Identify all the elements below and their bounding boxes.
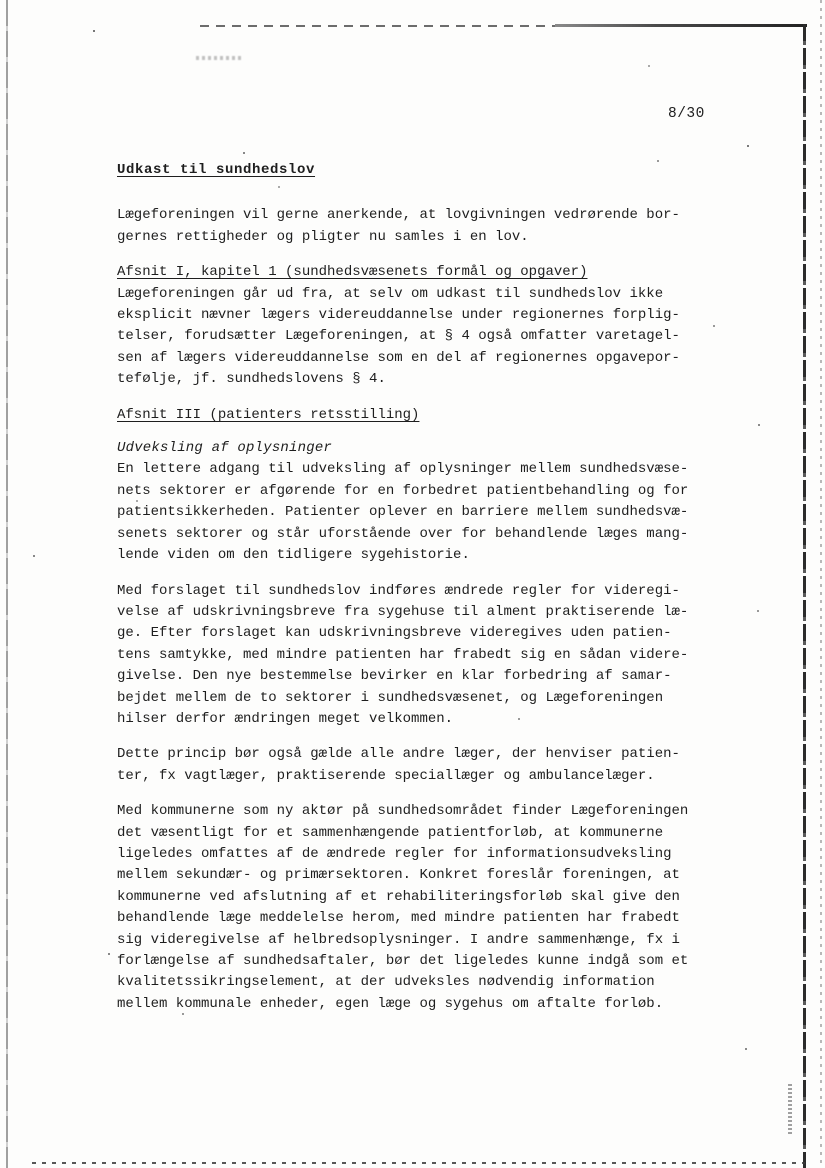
scanned-document-page: 8/30 Udkast til sundhedslov Lægeforening… — [0, 0, 825, 1168]
scan-artifact-right-dotted-line — [820, 0, 822, 1168]
paragraph-udveksling-2: Med forslaget til sundhedslov indføres æ… — [117, 581, 737, 731]
section-afsnit-1-body: Lægeforeningen går ud fra, at selv om ud… — [117, 284, 737, 391]
scan-artifact-top-solid-line — [555, 24, 807, 27]
paragraph-udveksling-3: Dette princip bør også gælde alle andre … — [117, 744, 737, 787]
scan-artifact-right-edge-line — [803, 24, 806, 1168]
document-title: Udkast til sundhedslov — [117, 160, 737, 181]
scan-artifact-specks — [93, 30, 95, 32]
scan-artifact-top-dashed-line — [200, 25, 570, 27]
section-heading-afsnit-1: Afsnit I, kapitel 1 (sundhedsvæsenets fo… — [117, 262, 737, 283]
section-afsnit-1: Afsnit I, kapitel 1 (sundhedsvæsenets fo… — [117, 262, 737, 390]
scan-artifact-left-edge-line — [6, 0, 8, 1168]
paragraph-udveksling-4: Med kommunerne som ny aktør på sundhedso… — [117, 801, 737, 1015]
page-number: 8/30 — [668, 106, 705, 122]
section-afsnit-3: Afsnit III (patienters retsstilling) Udv… — [117, 405, 737, 1016]
section-heading-afsnit-3: Afsnit III (patienters retsstilling) — [117, 405, 737, 426]
scan-artifact-bottom-dotted-line — [32, 1162, 805, 1164]
subsection-heading-udveksling: Udveksling af oplysninger — [117, 438, 737, 459]
intro-paragraph: Lægeforeningen vil gerne anerkende, at l… — [117, 205, 737, 248]
document-content: Udkast til sundhedslov Lægeforeningen vi… — [117, 160, 737, 1029]
scan-artifact-vertical-smudge — [788, 1084, 792, 1136]
scan-artifact-top-smudge — [196, 56, 242, 60]
paragraph-udveksling-1: En lettere adgang til udveksling af oply… — [117, 459, 737, 566]
